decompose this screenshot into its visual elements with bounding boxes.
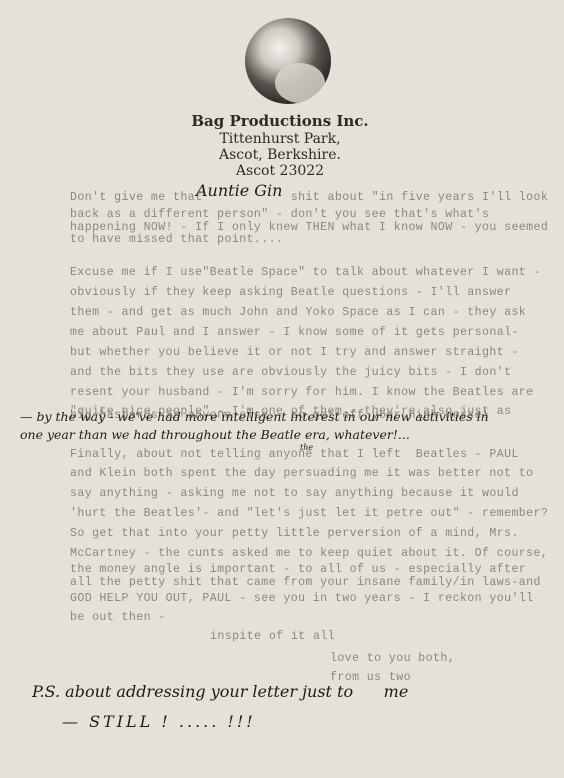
phone-line: Ascot 23022 xyxy=(180,163,380,179)
handwritten-note-line: one year than we had throughout the Beat… xyxy=(20,427,410,442)
para3-line: 'hurt the Beatles'- and "let's just let … xyxy=(70,507,548,520)
postscript-line: P.S. about addressing your letter just t… xyxy=(32,682,408,701)
letter-page: Bag Productions Inc. Tittenhurst Park, A… xyxy=(0,0,564,778)
para2-line: Excuse me if I use"Beatle Space" to talk… xyxy=(70,266,541,279)
para3-line: So get that into your petty little perve… xyxy=(70,527,519,540)
postscript-line: — STILL ! ..... !!! xyxy=(62,712,256,731)
para3-line: and Klein both spent the day persuading … xyxy=(70,467,534,480)
closing-line: love to you both, xyxy=(330,652,455,665)
para3-line: Finally, about not telling anyone that I… xyxy=(70,448,519,461)
para2-line: obviously if they keep asking Beatle que… xyxy=(70,286,511,299)
company-name: Bag Productions Inc. xyxy=(180,112,380,130)
para2-line: but whether you believe it or not I try … xyxy=(70,346,519,359)
para1-line: Don't give me that shit about "in five y… xyxy=(70,191,548,204)
para2-line: them - and get as much John and Yoko Spa… xyxy=(70,306,526,319)
closing-line: inspite of it all xyxy=(210,630,335,643)
address-line-2: Ascot, Berkshire. xyxy=(180,147,380,163)
para3-line: McCartney - the cunts asked me to keep q… xyxy=(70,547,548,560)
para3-line: say anything - asking me not to say anyt… xyxy=(70,487,519,500)
para1-line: to have missed that point.... xyxy=(70,233,283,246)
para3-line: be out then - xyxy=(70,611,166,624)
para3-line: the money angle is important - to all of… xyxy=(70,563,526,576)
para3-line: GOD HELP YOU OUT, PAUL - see you in two … xyxy=(70,592,534,605)
logo-photo-icon xyxy=(245,18,331,104)
handwritten-note-line: — by the way - we've had more intelligen… xyxy=(20,409,489,424)
para1-line: back as a different person" - don't you … xyxy=(70,208,489,221)
para2-line: and the bits they use are obviously the … xyxy=(70,366,511,379)
para2-line: me about Paul and I answer - I know some… xyxy=(70,326,519,339)
handwritten-insert: Auntie Gin xyxy=(196,181,282,200)
address-line-1: Tittenhurst Park, xyxy=(180,131,380,147)
para3-line: all the petty shit that came from your i… xyxy=(70,576,541,589)
para2-line: resent your husband - I'm sorry for him.… xyxy=(70,386,534,399)
